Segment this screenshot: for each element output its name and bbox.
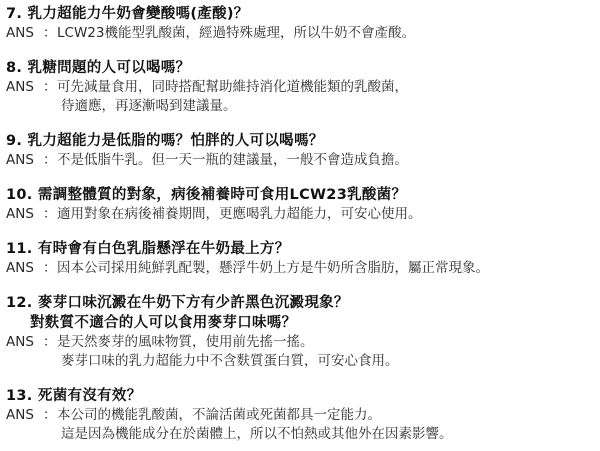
- answer-line: 因本公司採用純鮮乳配製，懸浮牛奶上方是牛奶所含脂肪，屬正常現象。: [57, 259, 600, 278]
- question: 12. 麥芽口味沉澱在牛奶下方有少許黑色沉澱現象？ 對麩質不適合的人可以食用麥芽…: [6, 293, 600, 333]
- divider-space: [6, 170, 600, 185]
- faq-item-8: 8. 乳糖問題的人可以喝嗎？ ANS ： 可先減量食用，同時搭配幫助維持消化道機…: [6, 58, 600, 116]
- question-line: 7. 乳力超能力牛奶會變酸嗎(產酸)？: [6, 6, 249, 22]
- answer: ANS ： 適用對象在病後補養期間，更應喝乳力超能力，可安心使用。: [6, 205, 600, 224]
- answer-line: 適用對象在病後補養期間，更應喝乳力超能力，可安心使用。: [57, 205, 600, 224]
- question-line-continued: 對麩質不適合的人可以食用麥芽口味嗎？: [6, 313, 600, 333]
- question: 10. 需調整體質的對象，病後補養時可食用LCW23乳酸菌？: [6, 185, 600, 205]
- answer: ANS ： LCW23機能型乳酸菌，經過特殊處理，所以牛奶不會產酸。: [6, 24, 600, 43]
- answer-colon: ：: [43, 24, 57, 43]
- answer-colon: ：: [43, 151, 57, 170]
- question-line: 9. 乳力超能力是低脂的嗎？怕胖的人可以喝嗎？: [6, 133, 324, 149]
- answer: ANS ： 不是低脂牛乳。但一天一瓶的建議量，一般不會造成負擔。: [6, 151, 600, 170]
- question-line: 13. 死菌有沒有效？: [6, 388, 142, 404]
- answer-label: ANS: [6, 24, 43, 43]
- question-line: 11. 有時會有白色乳脂懸浮在牛奶最上方？: [6, 241, 290, 257]
- answer-line: 可先減量食用，同時搭配幫助維持消化道機能類的乳酸菌，: [57, 78, 600, 97]
- divider-space: [6, 43, 600, 58]
- divider-space: [6, 371, 600, 386]
- faq-item-9: 9. 乳力超能力是低脂的嗎？怕胖的人可以喝嗎？ ANS ： 不是低脂牛乳。但一天…: [6, 131, 600, 170]
- question-line: 10. 需調整體質的對象，病後補養時可食用LCW23乳酸菌？: [6, 187, 406, 203]
- answer-label: ANS: [6, 406, 43, 444]
- answer-line: 不是低脂牛乳。但一天一瓶的建議量，一般不會造成負擔。: [57, 151, 600, 170]
- answer-colon: ：: [43, 78, 57, 116]
- answer-label: ANS: [6, 333, 43, 371]
- answer-line: 這是因為機能成分在於菌體上，所以不怕熱或其他外在因素影響。: [57, 425, 600, 444]
- answer-line: 是天然麥芽的風味物質，使用前先搖一搖。: [57, 333, 600, 352]
- answer-colon: ：: [43, 259, 57, 278]
- answer-line: 本公司的機能乳酸菌，不論活菌或死菌都具一定能力。: [57, 406, 600, 425]
- answer: ANS ： 本公司的機能乳酸菌，不論活菌或死菌都具一定能力。 這是因為機能成分在…: [6, 406, 600, 444]
- answer-label: ANS: [6, 205, 43, 224]
- question: 8. 乳糖問題的人可以喝嗎？: [6, 58, 600, 78]
- faq-item-11: 11. 有時會有白色乳脂懸浮在牛奶最上方？ ANS ： 因本公司採用純鮮乳配製，…: [6, 239, 600, 278]
- question-line: 12. 麥芽口味沉澱在牛奶下方有少許黑色沉澱現象？: [6, 295, 349, 311]
- question: 13. 死菌有沒有效？: [6, 386, 600, 406]
- answer-colon: ：: [43, 333, 57, 371]
- faq-item-12: 12. 麥芽口味沉澱在牛奶下方有少許黑色沉澱現象？ 對麩質不適合的人可以食用麥芽…: [6, 293, 600, 371]
- answer-line: LCW23機能型乳酸菌，經過特殊處理，所以牛奶不會產酸。: [57, 24, 600, 43]
- answer-label: ANS: [6, 78, 43, 116]
- question: 7. 乳力超能力牛奶會變酸嗎(產酸)？: [6, 4, 600, 24]
- question-line: 8. 乳糖問題的人可以喝嗎？: [6, 60, 190, 76]
- answer-line: 待適應，再逐漸喝到建議量。: [57, 97, 600, 116]
- question: 11. 有時會有白色乳脂懸浮在牛奶最上方？: [6, 239, 600, 259]
- faq-item-10: 10. 需調整體質的對象，病後補養時可食用LCW23乳酸菌？ ANS ： 適用對…: [6, 185, 600, 224]
- divider-space: [6, 278, 600, 293]
- faq-list: 7. 乳力超能力牛奶會變酸嗎(產酸)？ ANS ： LCW23機能型乳酸菌，經過…: [6, 4, 600, 444]
- answer-label: ANS: [6, 259, 43, 278]
- faq-item-7: 7. 乳力超能力牛奶會變酸嗎(產酸)？ ANS ： LCW23機能型乳酸菌，經過…: [6, 4, 600, 43]
- answer-line: 麥芽口味的乳力超能力中不含麩質蛋白質，可安心食用。: [57, 352, 600, 371]
- question: 9. 乳力超能力是低脂的嗎？怕胖的人可以喝嗎？: [6, 131, 600, 151]
- answer: ANS ： 因本公司採用純鮮乳配製，懸浮牛奶上方是牛奶所含脂肪，屬正常現象。: [6, 259, 600, 278]
- answer-label: ANS: [6, 151, 43, 170]
- answer-colon: ：: [43, 406, 57, 444]
- answer-colon: ：: [43, 205, 57, 224]
- faq-item-13: 13. 死菌有沒有效？ ANS ： 本公司的機能乳酸菌，不論活菌或死菌都具一定能…: [6, 386, 600, 444]
- answer: ANS ： 是天然麥芽的風味物質，使用前先搖一搖。 麥芽口味的乳力超能力中不含麩…: [6, 333, 600, 371]
- divider-space: [6, 224, 600, 239]
- answer: ANS ： 可先減量食用，同時搭配幫助維持消化道機能類的乳酸菌， 待適應，再逐漸…: [6, 78, 600, 116]
- divider-space: [6, 116, 600, 131]
